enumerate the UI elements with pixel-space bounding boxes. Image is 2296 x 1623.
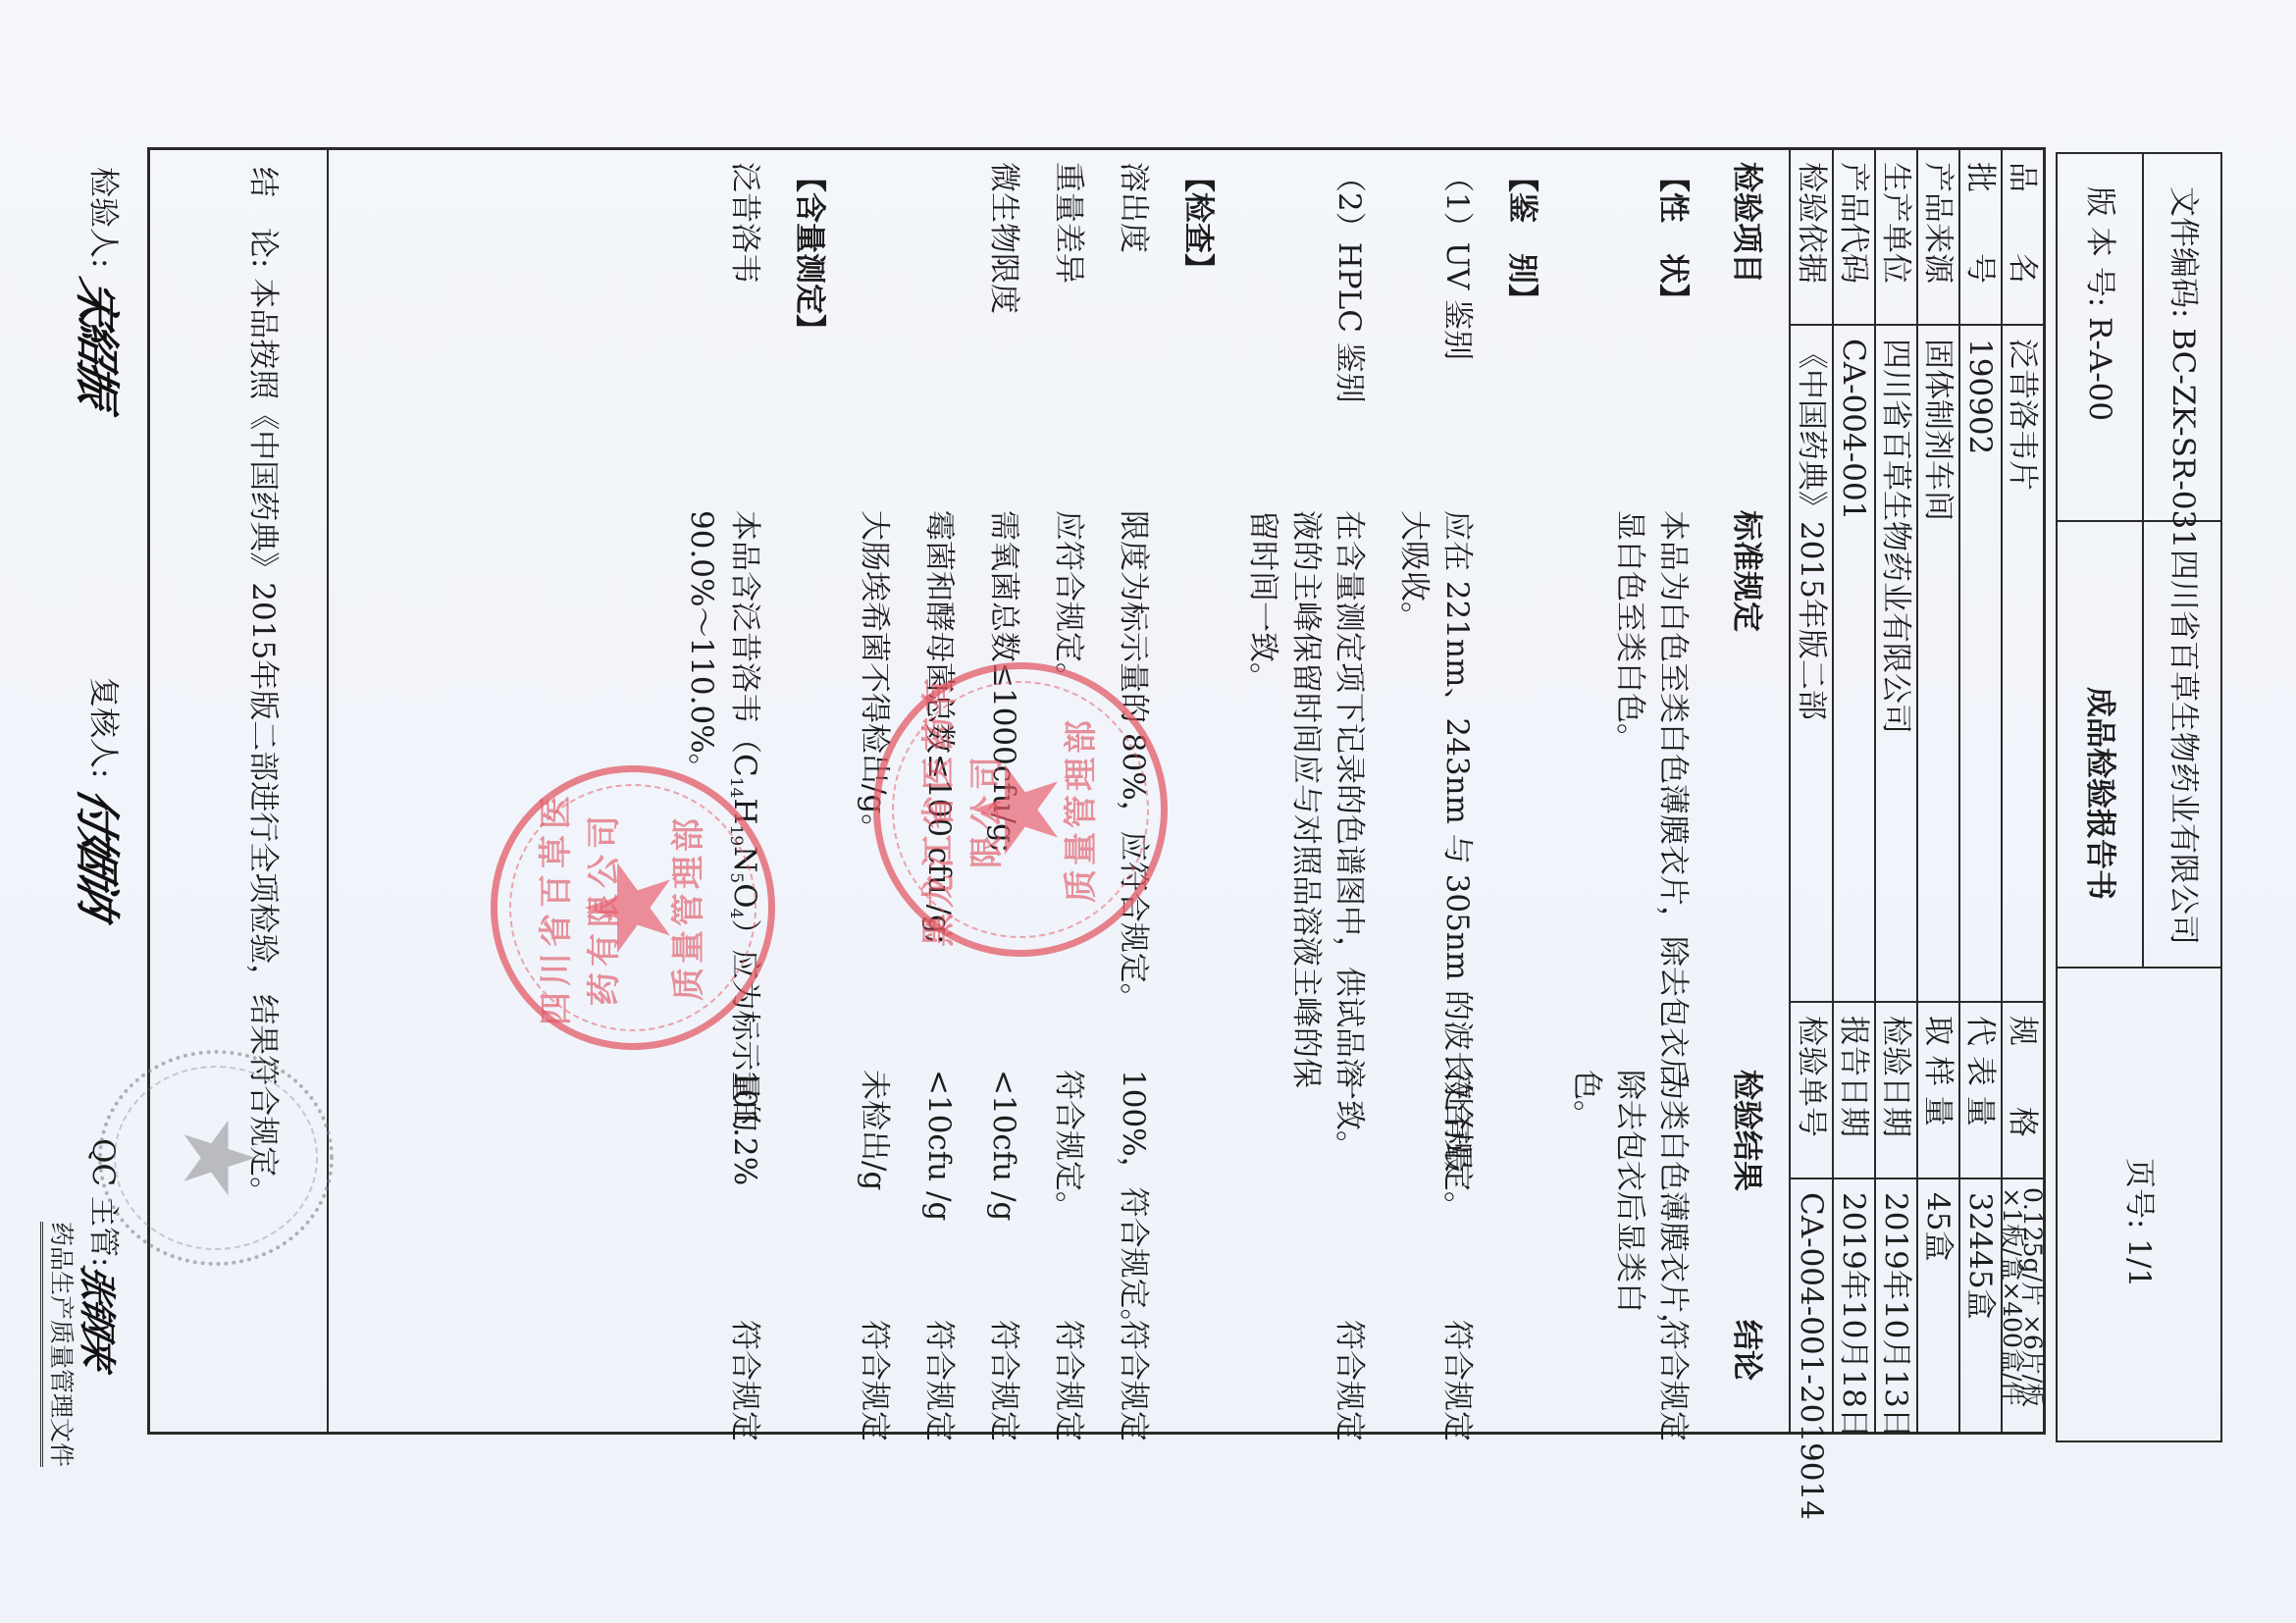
item-result: 为类白色薄膜衣片， bbox=[1653, 1070, 1693, 1343]
final-conclusion-text: 本品按照《中国药典》2015年版二部进行全项检验，结果符合规定。 bbox=[245, 278, 281, 1207]
item-result: 100%，符合规定。 bbox=[1114, 1070, 1153, 1339]
info-label: 检验单号 bbox=[1792, 1016, 1831, 1137]
item-result: 一致。 bbox=[1330, 1070, 1369, 1161]
info-label: 规 格 bbox=[2003, 1016, 2042, 1137]
page-number: 页号: 1/1 bbox=[2119, 1158, 2159, 1287]
main-table bbox=[147, 147, 2046, 1435]
item-standard: 本品含泛昔洛韦（C14H19N5O4）应为标示量的 bbox=[716, 510, 764, 1131]
item-standard: 霉菌和酵母菌总数≤100 cfu /g; bbox=[919, 510, 959, 944]
item-result: 未检出/g bbox=[855, 1070, 894, 1190]
item-name: 【含量测定】 bbox=[790, 162, 829, 344]
footer-doc-type: 药品生产质量管理文件 bbox=[40, 1222, 80, 1467]
col-header-item: 检验项目 bbox=[1727, 162, 1766, 284]
item-name: 【性 状】 bbox=[1653, 162, 1693, 314]
page-label: 页号: bbox=[2121, 1158, 2157, 1229]
item-result: <10cfu /g bbox=[984, 1070, 1023, 1221]
info-label: 产品代码 bbox=[1834, 162, 1873, 284]
item-conclusion: 符合规定 bbox=[855, 1320, 894, 1441]
info-value: 2019年10月13日 bbox=[1876, 1192, 1915, 1439]
col-header-standard: 标准规定 bbox=[1727, 510, 1766, 632]
inspector-label: 检验人: bbox=[83, 167, 123, 268]
final-conclusion: 结 论: 本品按照《中国药典》2015年版二部进行全项检验，结果符合规定。 bbox=[243, 167, 283, 1207]
col-header-conclusion: 结论 bbox=[1727, 1320, 1766, 1381]
info-label: 品 名 bbox=[2003, 162, 2042, 284]
item-name: 泛昔洛韦 bbox=[725, 162, 764, 284]
info-label: 报告日期 bbox=[1834, 1016, 1873, 1137]
item-conclusion: 符合规定 bbox=[1653, 1320, 1693, 1441]
info-value: 四川省百草生物药业有限公司 bbox=[1876, 339, 1915, 734]
doc-code-label: 文件编码: bbox=[2166, 186, 2201, 318]
inspector-signature: 宋紹振 bbox=[68, 273, 132, 410]
doc-code: 文件编码: BC-ZK-SR-031 bbox=[2164, 186, 2203, 549]
item-standard: 大肠埃希菌不得检出/g。 bbox=[855, 510, 894, 844]
item-standard: 大吸收。 bbox=[1394, 510, 1434, 632]
item-result: 符合规定。 bbox=[1049, 1070, 1088, 1222]
qc-signature: 张钢来 bbox=[74, 1260, 128, 1372]
info-value: 45盒 bbox=[1918, 1192, 1957, 1261]
item-name: 重量差异 bbox=[1049, 162, 1088, 284]
info-col-1 bbox=[1791, 324, 2046, 326]
item-result: 101.2% bbox=[725, 1070, 764, 1185]
item-conclusion: 符合规定 bbox=[1437, 1320, 1477, 1441]
info-label: 产品来源 bbox=[1918, 162, 1957, 284]
item-result: 符合规定。 bbox=[1437, 1070, 1477, 1222]
item-standard: 限度为标示量的 80%，应符合规定。 bbox=[1114, 510, 1153, 1014]
item-standard: 应符合规定。 bbox=[1049, 510, 1088, 693]
info-row-line-6 bbox=[1789, 147, 1791, 1435]
info-value: CA-004-001 bbox=[1834, 339, 1873, 520]
item-conclusion: 符合规定 bbox=[1049, 1320, 1088, 1441]
info-label: 取 样 量 bbox=[1918, 1016, 1957, 1126]
item-standard: 90.0%～110.0%。 bbox=[682, 510, 721, 784]
doc-code-value: BC-ZK-SR-031 bbox=[2166, 328, 2201, 549]
qc-label: QC 主管: bbox=[83, 1138, 123, 1267]
item-standard: 本品为白色至类白色薄膜衣片，除去包衣后 bbox=[1653, 510, 1693, 1088]
item-standard: 在含量测定项下记录的色谱图中，供试品溶 bbox=[1330, 510, 1369, 1088]
item-conclusion: 符合规定 bbox=[1330, 1320, 1369, 1441]
item-standard: 显白色至类白色。 bbox=[1610, 510, 1649, 754]
info-value: 190902 bbox=[1960, 339, 2000, 454]
info-col-3 bbox=[1791, 1178, 2046, 1179]
header-divider bbox=[2142, 152, 2144, 967]
page-value: 1/1 bbox=[2121, 1238, 2157, 1287]
reviewer-label: 复核人: bbox=[83, 677, 123, 778]
info-value: 泛昔洛韦片 bbox=[2003, 339, 2042, 491]
item-conclusion: 符合规定 bbox=[1114, 1320, 1153, 1441]
info-label: 检验日期 bbox=[1876, 1016, 1915, 1137]
info-value: 0.125g/片 ×6片/板×1板/盒×400盒/件 bbox=[2002, 1187, 2043, 1433]
item-result: 色。 bbox=[1567, 1070, 1606, 1130]
report-sheet: 文件编码: BC-ZK-SR-031 版 本 号: R-A-00 四川省百草生物… bbox=[0, 0, 2296, 1623]
info-col-2 bbox=[1791, 1001, 2046, 1003]
item-result: <10cfu /g bbox=[919, 1070, 959, 1221]
info-label: 批 号 bbox=[1960, 162, 2000, 284]
item-name: 【鉴 别】 bbox=[1502, 162, 1541, 314]
item-conclusion: 符合规定 bbox=[984, 1320, 1023, 1441]
info-value: 固体制剂车间 bbox=[1918, 339, 1957, 521]
item-result: 除去包衣后显类白 bbox=[1610, 1070, 1649, 1313]
item-standard: 需氧菌总数≤1000cfu/g; bbox=[984, 510, 1023, 853]
item-standard: 液的主峰保留时间应与对照品溶液主峰的保 bbox=[1286, 510, 1326, 1088]
item-name: 微生物限度 bbox=[984, 162, 1023, 314]
version-value: R-A-00 bbox=[2082, 317, 2117, 421]
info-label: 检验依据 bbox=[1792, 162, 1831, 284]
item-name: 【检查】 bbox=[1178, 162, 1218, 284]
item-name: （2）HPLC 鉴别 bbox=[1330, 162, 1369, 403]
info-value: 2019年10月18日 bbox=[1834, 1192, 1873, 1439]
info-value: 32445盒 bbox=[1960, 1192, 2000, 1320]
item-name: 溶出度 bbox=[1114, 162, 1153, 253]
info-value: 《中国药典》2015年版二部 bbox=[1792, 339, 1831, 720]
reviewer-signature: 付姻讷 bbox=[68, 783, 132, 920]
header-col-divider-2 bbox=[2056, 967, 2222, 969]
version-label: 版 本 号: bbox=[2082, 186, 2117, 307]
col-header-result: 检验结果 bbox=[1727, 1070, 1766, 1191]
version: 版 本 号: R-A-00 bbox=[2080, 186, 2119, 421]
info-value: CA-004-001-2019014 bbox=[1792, 1192, 1831, 1520]
conclusion-divider bbox=[327, 147, 329, 1435]
info-label: 生产单位 bbox=[1876, 162, 1915, 284]
item-conclusion: 符合规定 bbox=[725, 1320, 764, 1441]
company-name: 四川省百草生物药业有限公司 bbox=[2164, 550, 2203, 945]
report-title: 成品检验报告书 bbox=[2080, 687, 2119, 900]
final-conclusion-label: 结 论: bbox=[245, 167, 281, 268]
info-label: 代 表 量 bbox=[1960, 1016, 2000, 1126]
item-conclusion: 符合规定 bbox=[919, 1320, 959, 1441]
item-name: （1）UV 鉴别 bbox=[1437, 162, 1477, 360]
item-standard: 留时间一致。 bbox=[1243, 510, 1282, 693]
